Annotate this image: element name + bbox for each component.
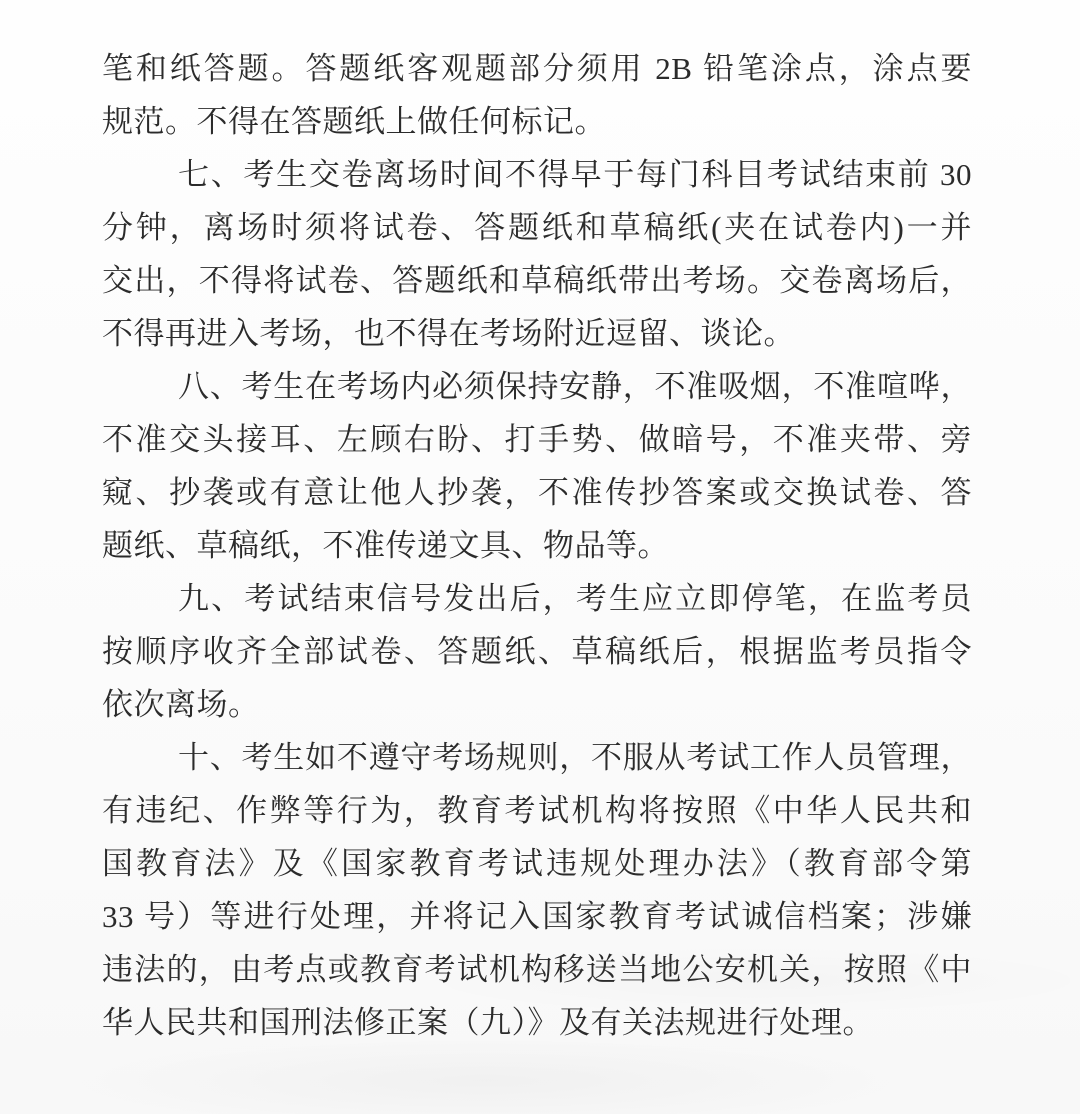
text-line: 笔和纸答题。答题纸客观题部分须用 2B 铅笔涂点，涂点要 — [102, 42, 972, 95]
document-page: 笔和纸答题。答题纸客观题部分须用 2B 铅笔涂点，涂点要规范。不得在答题纸上做任… — [0, 0, 1080, 1114]
paragraph: 九、考试结束信号发出后，考生应立即停笔，在监考员按顺序收齐全部试卷、答题纸、草稿… — [102, 572, 972, 731]
text-line: 题纸、草稿纸，不准传递文具、物品等。 — [102, 519, 972, 572]
text-line: 窥、抄袭或有意让他人抄袭，不准传抄答案或交换试卷、答 — [102, 466, 972, 519]
text-line: 交出，不得将试卷、答题纸和草稿纸带出考场。交卷离场后， — [102, 254, 972, 307]
text-line: 不准交头接耳、左顾右盼、打手势、做暗号，不准夹带、旁 — [102, 413, 972, 466]
text-line: 八、考生在考场内必须保持安静，不准吸烟，不准喧哗， — [102, 360, 972, 413]
text-line: 33 号）等进行处理，并将记入国家教育考试诚信档案；涉嫌 — [102, 890, 972, 943]
text-line: 违法的，由考点或教育考试机构移送当地公安机关，按照《中 — [102, 943, 972, 996]
text-line: 华人民共和国刑法修正案（九）》及有关法规进行处理。 — [102, 996, 972, 1049]
text-line: 不得再进入考场，也不得在考场附近逗留、谈论。 — [102, 307, 972, 360]
text-line: 依次离场。 — [102, 678, 972, 731]
text-line: 有违纪、作弊等行为，教育考试机构将按照《中华人民共和 — [102, 784, 972, 837]
text-line: 九、考试结束信号发出后，考生应立即停笔，在监考员 — [102, 572, 972, 625]
paragraph: 七、考生交卷离场时间不得早于每门科目考试结束前 30分钟，离场时须将试卷、答题纸… — [102, 148, 972, 360]
text-line: 七、考生交卷离场时间不得早于每门科目考试结束前 30 — [102, 148, 972, 201]
paragraph: 十、考生如不遵守考场规则，不服从考试工作人员管理，有违纪、作弊等行为，教育考试机… — [102, 731, 972, 1049]
text-line: 十、考生如不遵守考场规则，不服从考试工作人员管理， — [102, 731, 972, 784]
text-line: 按顺序收齐全部试卷、答题纸、草稿纸后，根据监考员指令 — [102, 625, 972, 678]
text-line: 分钟，离场时须将试卷、答题纸和草稿纸(夹在试卷内)一并 — [102, 201, 972, 254]
rules-text-block: 笔和纸答题。答题纸客观题部分须用 2B 铅笔涂点，涂点要规范。不得在答题纸上做任… — [102, 42, 972, 1049]
text-line: 国教育法》及《国家教育考试违规处理办法》（教育部令第 — [102, 837, 972, 890]
paragraph: 八、考生在考场内必须保持安静，不准吸烟，不准喧哗，不准交头接耳、左顾右盼、打手势… — [102, 360, 972, 572]
paragraph: 笔和纸答题。答题纸客观题部分须用 2B 铅笔涂点，涂点要规范。不得在答题纸上做任… — [102, 42, 972, 148]
text-line: 规范。不得在答题纸上做任何标记。 — [102, 95, 972, 148]
